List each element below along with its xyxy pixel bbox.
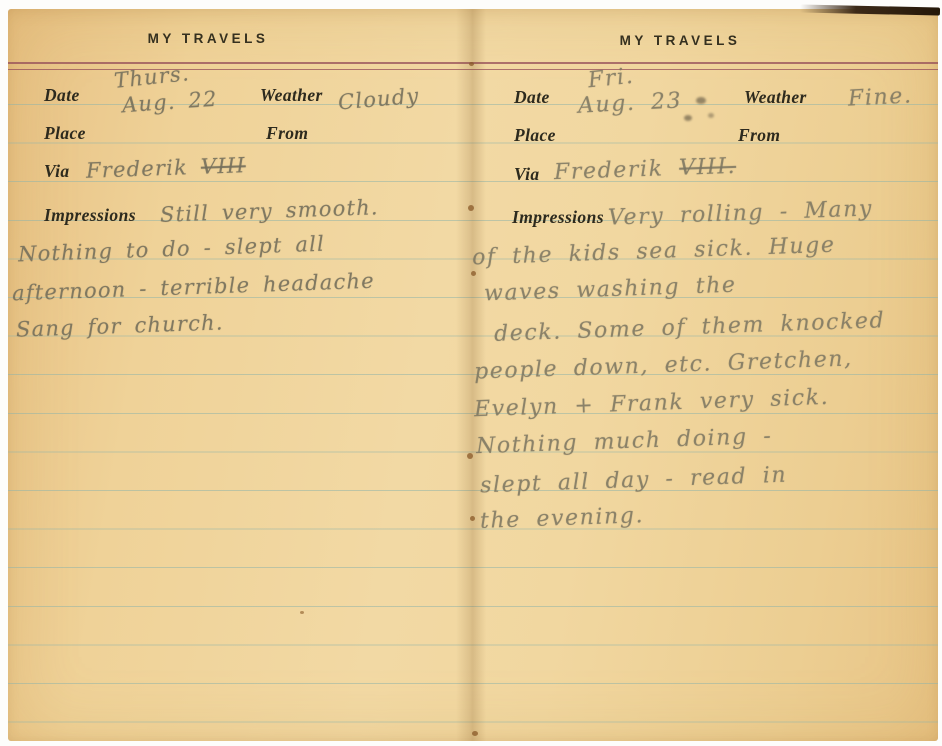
via-value: Frederik VIII. — [554, 154, 737, 185]
impressions-line: deck. Some of them knocked — [494, 308, 886, 347]
diary-scan: { "colors": { "paper": "#f0d59d", "ruled… — [0, 0, 942, 746]
impressions-line: Very rolling - Many — [608, 196, 874, 230]
diary-open-book: MY TRAVELS Date Thurs. Aug. 22 Weather C… — [8, 9, 938, 741]
weather-value: Fine. — [847, 83, 913, 111]
via-label: Via — [44, 161, 70, 182]
impressions-line: Nothing to do - slept all — [18, 232, 326, 267]
pencil-smudge — [708, 113, 714, 118]
impressions-label: Impressions — [44, 205, 136, 226]
impressions-line: Still very smooth. — [160, 195, 379, 227]
impressions-label: Impressions — [512, 207, 604, 228]
weather-label: Weather — [260, 85, 323, 106]
date-label: Date — [44, 85, 80, 106]
impressions-line: the evening. — [480, 503, 645, 534]
foxing-spot — [471, 271, 476, 276]
impressions-line: afternoon - terrible headache — [12, 269, 375, 306]
pencil-smudge — [684, 115, 692, 121]
impressions-line: Nothing much doing - — [476, 424, 773, 459]
book-cover-edge — [800, 4, 940, 15]
date-label: Date — [514, 87, 550, 108]
page-title: MY TRAVELS — [8, 31, 408, 46]
foxing-spot — [467, 453, 473, 459]
foxing-spot — [470, 516, 475, 521]
from-label: From — [266, 123, 308, 144]
place-label: Place — [44, 123, 86, 144]
impressions-line: slept all day - read in — [480, 463, 788, 499]
impressions-line: of the kids sea sick. Huge — [472, 233, 836, 271]
from-label: From — [738, 125, 780, 146]
via-ship-numeral: VIII. — [679, 154, 737, 181]
date-value-line2: Aug. 23 — [577, 88, 682, 118]
speck — [300, 611, 304, 614]
weather-value: Cloudy — [337, 83, 420, 114]
place-label: Place — [514, 125, 556, 146]
date-value-line2: Aug. 22 — [121, 87, 218, 118]
foxing-spot — [468, 205, 474, 211]
via-ship-name: Frederik — [86, 155, 189, 183]
via-ship-numeral: VIII — [200, 153, 246, 179]
impressions-line: Evelyn + Frank very sick. — [474, 385, 830, 422]
impressions-line: waves washing the — [484, 273, 737, 307]
impressions-line: people down, etc. Gretchen, — [474, 346, 853, 384]
via-label: Via — [514, 164, 540, 185]
date-value-line1: Fri. — [587, 64, 636, 94]
foxing-spot — [469, 62, 474, 66]
impressions-line: Sang for church. — [16, 310, 224, 341]
via-ship-name: Frederik — [554, 156, 664, 185]
page-title: MY TRAVELS — [470, 33, 890, 48]
foxing-spot — [472, 731, 478, 736]
via-value: Frederik VIII — [86, 153, 246, 183]
pencil-smudge — [696, 97, 706, 104]
weather-label: Weather — [744, 87, 807, 108]
